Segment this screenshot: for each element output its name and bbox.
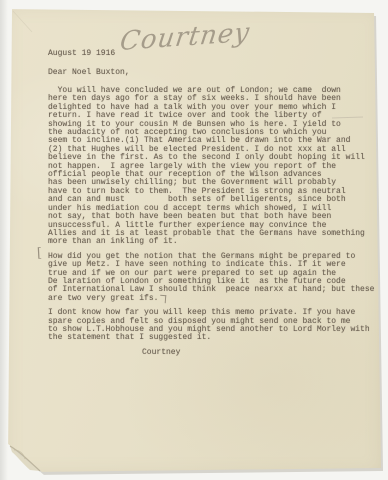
handwritten-bracket-close-icon — [160, 295, 167, 303]
scan-background: Courtney August 19 1916 Dear Noel Buxton… — [0, 0, 388, 480]
letter-content: Courtney August 19 1916 Dear Noel Buxton… — [0, 0, 388, 480]
letter-line: are two very great ifs. — [48, 295, 378, 303]
letter-line: the statement that I suggested it. — [48, 334, 378, 342]
salutation: Dear Noel Buxton, — [48, 69, 130, 77]
letter-line: more than an inkling of it. — [48, 238, 378, 246]
letter-date: August 19 1916 — [48, 50, 115, 58]
letter-paragraph: How did you get the notion that the Germ… — [48, 253, 378, 303]
letter-paragraph: You will have concluded we are out of Lo… — [48, 87, 378, 247]
fold-corner-edge — [10, 446, 40, 471]
crease-line — [13, 11, 32, 32]
letter-paragraph: I dont know how far you will keep this m… — [48, 309, 378, 343]
letter-body: You will have concluded we are out of Lo… — [48, 87, 378, 357]
fold-corner-graphic — [10, 446, 40, 471]
fold-corner-curl — [14, 450, 25, 459]
typed-signature: Courtney — [142, 349, 378, 357]
pencil-annotation: Courtney — [118, 17, 262, 57]
handwritten-bracket-open-icon: [ — [37, 246, 43, 261]
